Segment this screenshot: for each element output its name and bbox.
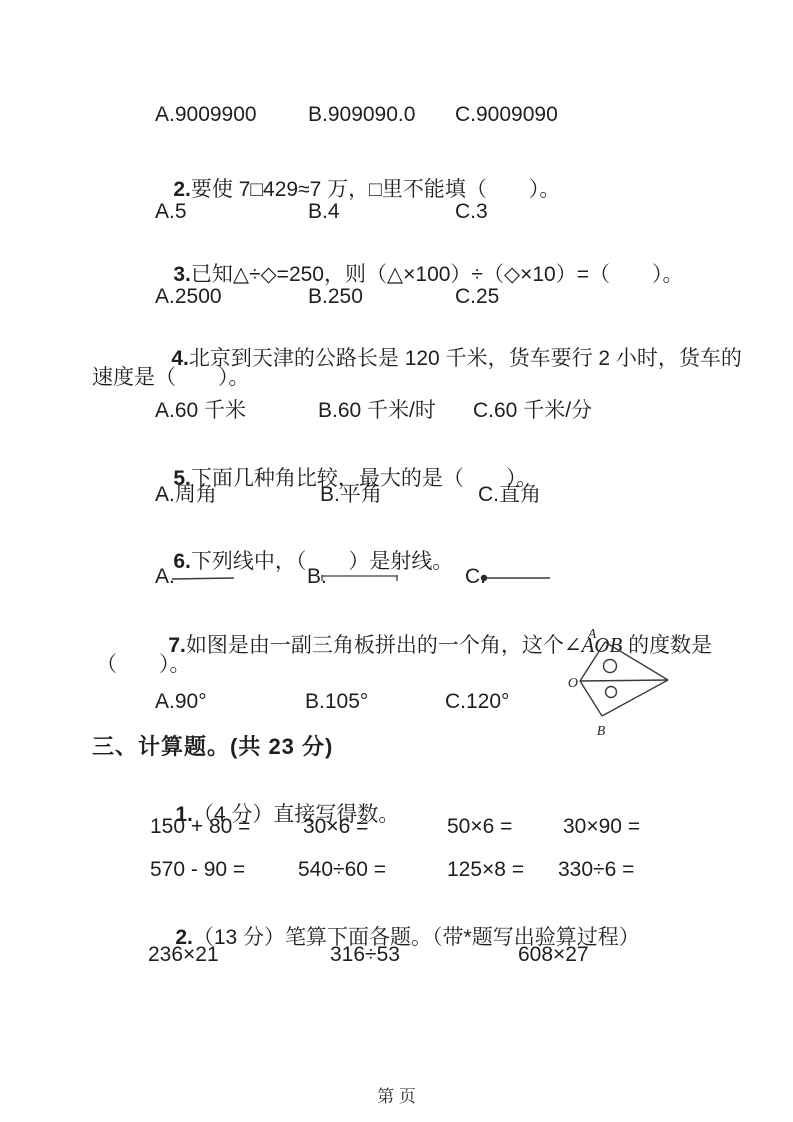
q2-option-c: C.3	[455, 199, 488, 225]
q2-number: 2.	[173, 178, 191, 201]
q4-option-b: B.60 千米/时	[318, 398, 436, 424]
mental-math-eq-7: 125×8 =	[447, 857, 524, 883]
q7-option-c: C.120°	[445, 689, 509, 715]
page-footer: 第 页	[0, 1082, 793, 1107]
q6-text: 6.下列线中，（ ）是射线。	[150, 523, 453, 601]
q5-option-b: B.平角	[320, 482, 382, 508]
section-3-header: 三、计算题。(共 23 分)	[92, 734, 333, 760]
q2-option-a: A.5	[155, 199, 187, 225]
mental-math-eq-5: 570 - 90 =	[150, 857, 245, 883]
mental-math-eq-3: 50×6 =	[447, 814, 512, 840]
q4-text-line2: 速度是（ ）。	[92, 365, 250, 391]
q3-text: 3.已知△÷◇=250，则（△×100）÷（◇×10）=（ ）。	[150, 236, 684, 314]
written-calc-2: 316÷53	[330, 942, 400, 968]
q3-option-c: C.25	[455, 284, 499, 310]
figure-label-a: A	[587, 627, 597, 642]
figure-label-b: B	[597, 724, 606, 739]
q3-option-b: B.250	[308, 284, 363, 310]
mental-math-eq-2: 30×6 =	[303, 814, 368, 840]
mental-math-eq-1: 150 + 80 =	[150, 814, 250, 840]
q7-text-line2: （ ）。	[96, 652, 191, 678]
q3-number: 3.	[173, 263, 191, 286]
mental-math-eq-6: 540÷60 =	[298, 857, 386, 883]
exam-paper-page: A.9009900 B.909090.0 C.9009090 2.要使 7□42…	[0, 0, 793, 1122]
q1-option-b: B.909090.0	[308, 102, 415, 128]
q5-option-c: C.直角	[478, 482, 541, 508]
q4-option-a: A.60 千米	[155, 398, 246, 424]
set-square-hole-bottom	[606, 687, 617, 698]
q2-option-b: B.4	[308, 199, 340, 225]
mental-math-eq-4: 30×90 =	[563, 814, 640, 840]
mental-math-eq-8: 330÷6 =	[558, 857, 634, 883]
q7-option-b: B.105°	[305, 689, 368, 715]
ray-figure-c	[478, 570, 556, 584]
written-calc-3: 608×27	[518, 942, 589, 968]
q4-option-c: C.60 千米/分	[473, 398, 592, 424]
q5-option-a: A.周角	[155, 482, 217, 508]
line-segment-figure-a	[170, 570, 240, 584]
q2-text: 2.要使 7□429≈7 万，□里不能填（ ）。	[150, 151, 560, 229]
figure-label-o: O	[568, 676, 578, 691]
q1-option-c: C.9009090	[455, 102, 558, 128]
set-square-angle-figure: A O B	[552, 625, 702, 747]
q7-option-a: A.90°	[155, 689, 207, 715]
q1-option-a: A.9009900	[155, 102, 257, 128]
q3-option-a: A.2500	[155, 284, 222, 310]
segment-with-endpoints-figure-b	[320, 568, 402, 584]
written-calc-1: 236×21	[148, 942, 219, 968]
set-square-hole-top	[604, 660, 617, 673]
